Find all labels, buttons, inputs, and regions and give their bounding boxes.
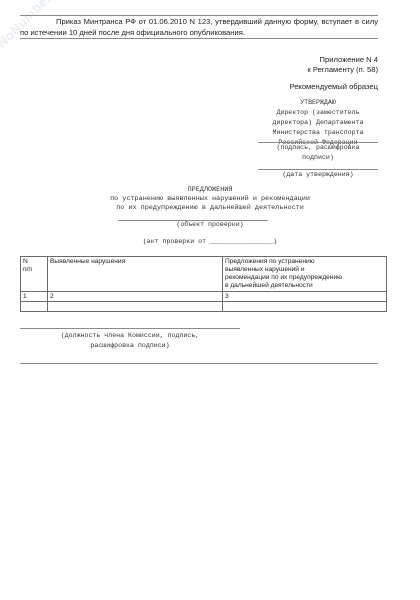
appendix-regulation: к Регламенту (п. 58) — [307, 65, 378, 75]
inspection-act-line: (акт проверки от ________________) — [40, 238, 380, 245]
header-cell-violations: Выявленные нарушения — [48, 257, 223, 292]
member-signature-caption: (должность члена Комиссии, подпись, расш… — [20, 331, 240, 351]
notice-text: Приказ Минтранса РФ от 01.06.2010 N 123,… — [20, 16, 378, 38]
document-end-rule — [20, 363, 378, 364]
member-signature-line — [20, 328, 240, 329]
table-cell[interactable] — [21, 302, 48, 312]
approval-position-line3: Министерства транспорта — [258, 128, 378, 138]
table-cell: 2 — [48, 292, 223, 302]
table-row — [21, 302, 387, 312]
table-cell: 3 — [223, 292, 387, 302]
header-cell-number: N п/п — [21, 257, 48, 292]
approval-title: УТВЕРЖДАЮ — [258, 98, 378, 108]
effective-date-notice: Приказ Минтранса РФ от 01.06.2010 N 123,… — [20, 16, 378, 38]
approval-block: УТВЕРЖДАЮ Директор (заместитель директор… — [258, 98, 378, 148]
approval-position-line1: Директор (заместитель — [258, 108, 378, 118]
table-cell[interactable] — [223, 302, 387, 312]
appendix-reference: Приложение N 4 к Регламенту (п. 58) — [307, 55, 378, 75]
table-row-numbering: 1 2 3 — [21, 292, 387, 302]
appendix-number: Приложение N 4 — [307, 55, 378, 65]
approval-position-line2: директора) Департамента — [258, 118, 378, 128]
document-title: ПРЕДЛОЖЕНИЯ — [40, 186, 380, 195]
sample-label: Рекомендуемый образец — [289, 82, 378, 92]
table-header-row: N п/п Выявленные нарушения Предложения п… — [21, 257, 387, 292]
document-title-block: ПРЕДЛОЖЕНИЯ по устранению выявленных нар… — [40, 186, 380, 213]
violations-table: N п/п Выявленные нарушения Предложения п… — [20, 256, 387, 312]
document-page: NoNumber.ru Приказ Минтранса РФ от 01.06… — [0, 0, 420, 600]
approval-date-caption: (дата утверждения) — [258, 170, 378, 180]
document-subtitle-line2: по их предупреждению в дальнейшей деятел… — [40, 204, 380, 213]
signature-caption-line1: (подпись, расшифровка — [258, 143, 378, 153]
document-subtitle-line1: по устранению выявленных нарушений и рек… — [40, 195, 380, 204]
inspection-object-caption: (объект проверки) — [40, 221, 380, 228]
table-cell: 1 — [21, 292, 48, 302]
notice-bottom-rule — [20, 38, 378, 39]
table-cell[interactable] — [48, 302, 223, 312]
member-caption-line2: расшифровка подписи) — [20, 341, 240, 351]
signature-caption-line2: подписи) — [258, 153, 378, 163]
signature-caption: (подпись, расшифровка подписи) — [258, 143, 378, 163]
header-cell-proposals: Предложения по устранению выявленных нар… — [223, 257, 387, 292]
member-caption-line1: (должность члена Комиссии, подпись, — [20, 331, 240, 341]
